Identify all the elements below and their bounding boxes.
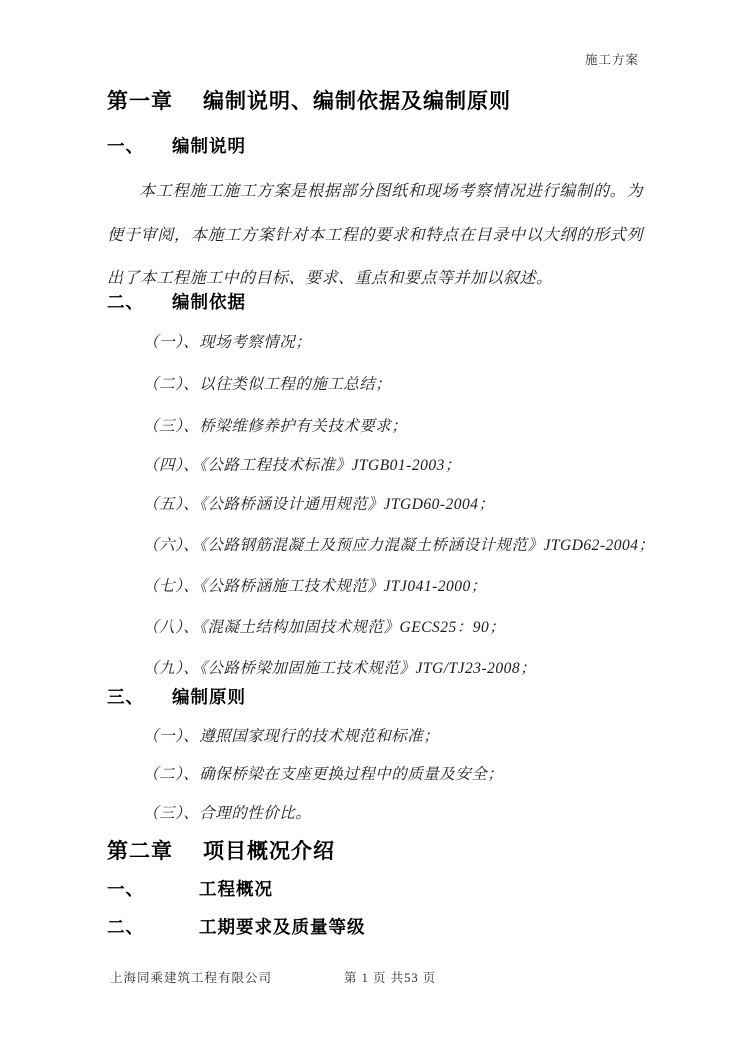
section-1-3-number: 三、 bbox=[107, 687, 172, 709]
footer-company: 上海同乘建筑工程有限公司 bbox=[110, 971, 272, 987]
basis-item-6: （六）、《公路钢筋混凝土及预应力混凝土桥涵设计规范》JTGD62-2004； bbox=[143, 536, 655, 555]
section-1-2-number: 二、 bbox=[107, 292, 172, 314]
basis-item-8: （八）、《混凝土结构加固技术规范》GECS25：90； bbox=[143, 618, 505, 637]
footer-page-number: 第 1 页 共53 页 bbox=[344, 971, 436, 987]
chapter-1-number: 第一章 bbox=[107, 88, 203, 114]
basis-item-3: （三）、桥梁维修养护有关技术要求； bbox=[143, 417, 407, 436]
section-1-3-heading: 三、编制原则 bbox=[107, 687, 246, 709]
basis-item-5: （五）、《公路桥涵设计通用规范》JTGD60-2004； bbox=[143, 495, 495, 514]
chapter-2-number: 第二章 bbox=[107, 838, 203, 864]
principle-item-2: （二）、确保桥梁在支座更换过程中的质量及安全； bbox=[143, 765, 503, 784]
basis-item-7: （七）、《公路桥涵施工技术规范》JTJ041-2000； bbox=[143, 577, 487, 596]
section-2-1-title: 工程概况 bbox=[199, 879, 273, 899]
section-1-2-title: 编制依据 bbox=[172, 292, 246, 312]
running-header-label: 施工方案 bbox=[585, 53, 639, 69]
document-page: 施工方案 第一章编制说明、编制依据及编制原则 一、编制说明 本工程施工施工方案是… bbox=[0, 0, 744, 1052]
section-1-1-title: 编制说明 bbox=[172, 136, 246, 156]
basis-item-4: （四）、《公路工程技术标准》JTGB01-2003； bbox=[143, 456, 461, 475]
principle-item-3: （三）、合理的性价比。 bbox=[143, 804, 311, 823]
chapter-2-title: 项目概况介绍 bbox=[203, 839, 335, 863]
section-2-1-heading: 一、工程概况 bbox=[107, 879, 273, 901]
section-1-1-number: 一、 bbox=[107, 136, 172, 158]
chapter-1-title: 编制说明、编制依据及编制原则 bbox=[203, 89, 511, 113]
section-2-2-heading: 二、工期要求及质量等级 bbox=[107, 917, 366, 939]
intro-paragraph: 本工程施工施工方案是根据部分图纸和现场考察情况进行编制的。为便于审阅，本施工方案… bbox=[107, 170, 643, 301]
section-2-1-number: 一、 bbox=[107, 879, 199, 901]
section-1-1-heading: 一、编制说明 bbox=[107, 136, 246, 158]
section-1-3-title: 编制原则 bbox=[172, 687, 246, 707]
basis-item-2: （二）、以往类似工程的施工总结； bbox=[143, 375, 391, 394]
section-1-2-heading: 二、编制依据 bbox=[107, 292, 246, 314]
section-2-2-title: 工期要求及质量等级 bbox=[199, 917, 366, 937]
principle-item-1: （一）、遵照国家现行的技术规范和标准； bbox=[143, 727, 439, 746]
basis-item-1: （一）、现场考察情况； bbox=[143, 333, 311, 352]
section-2-2-number: 二、 bbox=[107, 917, 199, 939]
chapter-1-heading: 第一章编制说明、编制依据及编制原则 bbox=[107, 88, 511, 114]
chapter-2-heading: 第二章项目概况介绍 bbox=[107, 838, 335, 864]
basis-item-9: （九）、《公路桥梁加固施工技术规范》JTG/TJ23-2008； bbox=[143, 659, 536, 678]
